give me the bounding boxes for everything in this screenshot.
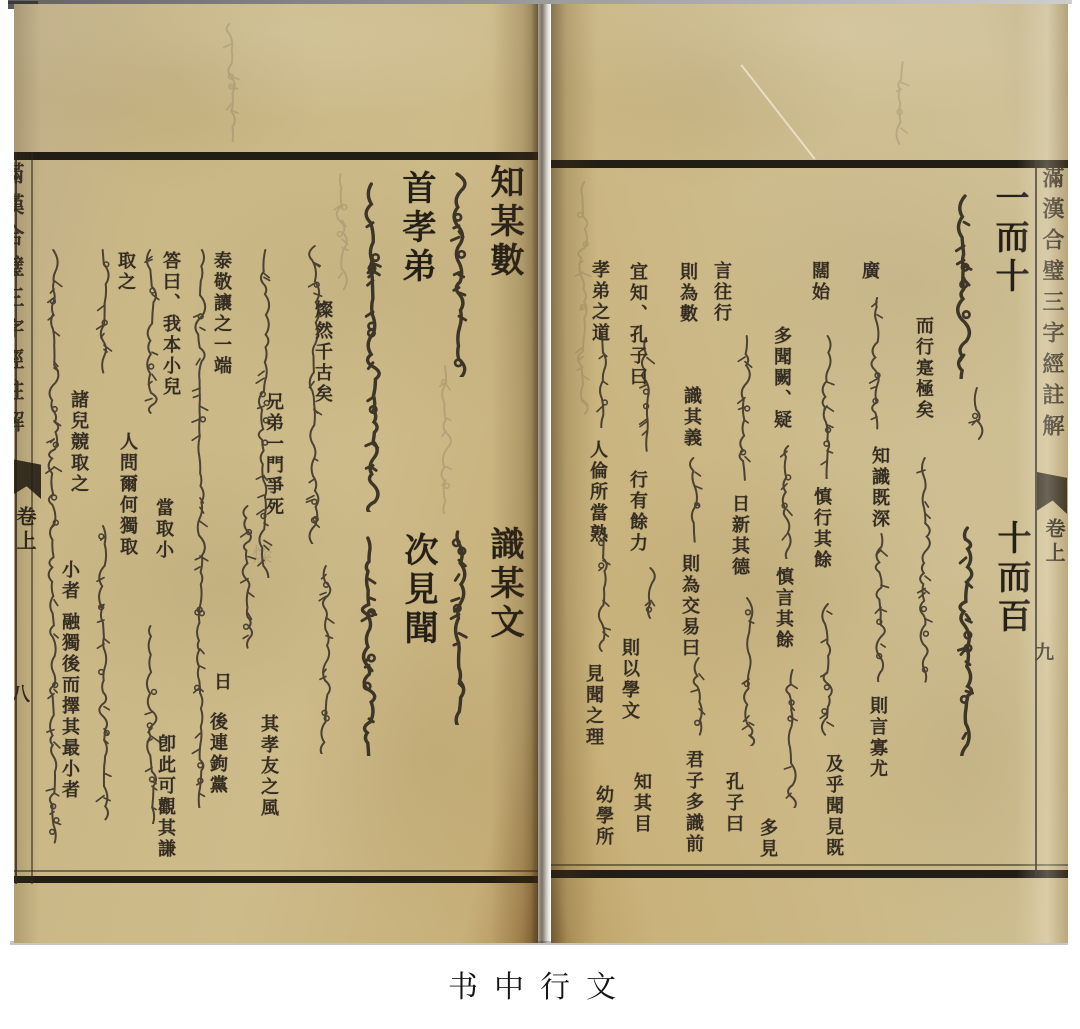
top-rule xyxy=(14,152,538,160)
manchu-script-column xyxy=(140,248,164,423)
chinese-text-column: 首孝弟 xyxy=(398,170,432,287)
chinese-text-column: 次見聞 xyxy=(400,532,434,649)
manchu-script-column xyxy=(815,602,839,747)
chinese-text-column: 十而百 xyxy=(993,520,1027,637)
chinese-text-column: 日新其德 xyxy=(731,494,749,578)
manchu-script-column xyxy=(236,504,260,659)
manchu-script-column xyxy=(949,526,983,761)
manchu-script-column xyxy=(92,248,116,383)
manchu-script-column xyxy=(571,180,595,425)
manchu-script-column xyxy=(775,444,799,564)
book-photograph: 滿漢合璧三字經註解 卷上 八 知某數首孝弟識某文次見聞燦然千古矣兄弟一門爭死泰敬… xyxy=(0,0,1080,1029)
chinese-text-column: 幼學所 xyxy=(595,785,613,848)
manchu-script-column xyxy=(42,248,66,853)
manchu-script-column xyxy=(434,364,458,519)
scratch-mark xyxy=(740,64,815,160)
right-page: 滿漢合璧三字經註解 卷上 九 一而十十而百而行寔極矣廣闊始多聞闕、疑言往行知識既… xyxy=(551,4,1068,943)
manchu-script-column xyxy=(815,334,839,484)
manchu-script-column xyxy=(442,530,476,730)
chinese-text-column: 人問爾何獨取 xyxy=(119,432,137,558)
chinese-text-column: 諸兒競取之 xyxy=(70,390,88,495)
manchu-script-column xyxy=(188,248,212,813)
chinese-text-column: 君子多識前 xyxy=(685,750,703,855)
manchu-script-column xyxy=(442,172,476,382)
manchu-script-column xyxy=(779,668,803,813)
fishtail-mark xyxy=(1037,472,1067,514)
spine-title: 滿漢合璧三字經註解 xyxy=(1041,166,1063,445)
chinese-text-column: 識其義 xyxy=(683,386,701,449)
chinese-text-column: 則以學文 xyxy=(621,638,639,722)
manchu-script-column xyxy=(733,334,757,489)
manchu-script-column xyxy=(352,536,386,761)
chinese-text-column: 燦 xyxy=(250,544,270,567)
chinese-text-column: 後連鉤黨 xyxy=(209,712,227,796)
chinese-text-column: 慎言其餘 xyxy=(775,567,793,651)
chinese-text-column: 廣 xyxy=(861,261,879,282)
chinese-text-column: 孝弟之道 xyxy=(591,260,609,344)
manchu-script-column xyxy=(683,456,707,549)
fishtail-mark xyxy=(14,459,41,499)
chinese-text-column: 知識既深 xyxy=(871,446,889,530)
chinese-text-column: 答曰、我本小兒 xyxy=(162,251,180,398)
manchu-script-column xyxy=(92,524,116,829)
manchu-script-column xyxy=(965,386,989,446)
chinese-text-column: 取之 xyxy=(117,251,135,293)
manchu-script-column xyxy=(140,624,164,829)
chinese-text-column: 識某文 xyxy=(486,526,520,643)
chinese-text-column: 闊始 xyxy=(811,261,829,303)
manchu-script-column xyxy=(591,330,615,433)
chinese-text-column: 多聞闕、疑 xyxy=(773,326,791,431)
chinese-text-column: 知其目 xyxy=(633,772,651,835)
chinese-text-column: 見聞之理 xyxy=(585,664,603,748)
chinese-text-column: 多見 xyxy=(759,818,777,860)
chinese-text-column: 及乎聞見既 xyxy=(825,754,843,859)
chinese-text-column: 卽此可觀其謙 xyxy=(157,734,175,860)
chinese-text-column: 泰敬讓之一端 xyxy=(213,251,231,377)
manchu-script-column xyxy=(591,526,615,659)
volume-label: 卷上 xyxy=(1043,518,1063,566)
bottom-rule-thin xyxy=(14,870,538,872)
chinese-text-column: 則言寡尤 xyxy=(869,696,887,780)
chinese-text-column: 行有餘力 xyxy=(629,470,647,554)
manchu-script-column xyxy=(913,456,937,691)
chinese-text-column: 知某數 xyxy=(486,164,520,281)
manchu-script-column xyxy=(947,194,981,384)
chinese-text-column: 其孝友之風 xyxy=(260,714,278,819)
chinese-text-column: 小者 xyxy=(61,560,79,602)
manchu-script-column xyxy=(687,656,711,743)
left-page: 滿漢合璧三字經註解 卷上 八 知某數首孝弟識某文次見聞燦然千古矣兄弟一門爭死泰敬… xyxy=(14,4,538,943)
bottom-rule xyxy=(14,876,538,883)
chinese-text-column: 而行寔極矣 xyxy=(915,316,933,421)
chinese-text-column: 融獨後而擇其最小者 xyxy=(61,612,79,801)
manchu-script-column xyxy=(302,244,326,549)
chinese-text-column: 慎行其餘 xyxy=(813,487,831,571)
manchu-script-column xyxy=(314,564,338,759)
chinese-text-column: 一而十 xyxy=(991,180,1025,297)
chinese-text-column: 兄弟一門爭死 xyxy=(265,392,283,518)
manchu-script-column xyxy=(219,22,243,147)
manchu-script-column xyxy=(635,336,659,463)
bottom-rule xyxy=(551,870,1068,878)
chinese-text-column: 人倫所當熟 xyxy=(589,440,607,545)
caption: 书中行文 xyxy=(0,962,1080,1006)
chinese-text-column: 宜知、孔子曰 xyxy=(629,262,647,388)
top-rule xyxy=(551,160,1068,168)
manchu-script-column xyxy=(356,182,390,517)
page-number: 九 xyxy=(1033,642,1052,661)
chinese-text-column: 則為數 xyxy=(679,262,697,325)
chinese-text-column: 燦然千古矣 xyxy=(314,300,332,405)
manchu-script-column xyxy=(330,172,354,297)
manchu-script-column xyxy=(865,296,889,441)
manchu-script-column xyxy=(252,248,276,583)
chinese-text-column: 則為交易曰 xyxy=(681,554,699,659)
volume-label: 卷上 xyxy=(14,506,34,554)
page-number: 八 xyxy=(14,684,28,703)
manchu-script-column xyxy=(639,566,663,629)
manchu-script-column xyxy=(737,596,761,751)
manchu-script-column xyxy=(869,532,893,687)
manchu-script-column xyxy=(889,60,913,150)
chinese-text-column: 言往行 xyxy=(713,261,731,324)
frame-line-right xyxy=(1035,160,1037,876)
chinese-text-column: 孔子曰 xyxy=(725,772,743,835)
chinese-text-column: 日 xyxy=(213,672,231,693)
spine-title: 滿漢合璧三字經註解 xyxy=(14,162,23,441)
chinese-text-column: 當取小 xyxy=(155,498,173,561)
bottom-rule-thin xyxy=(551,864,1068,866)
